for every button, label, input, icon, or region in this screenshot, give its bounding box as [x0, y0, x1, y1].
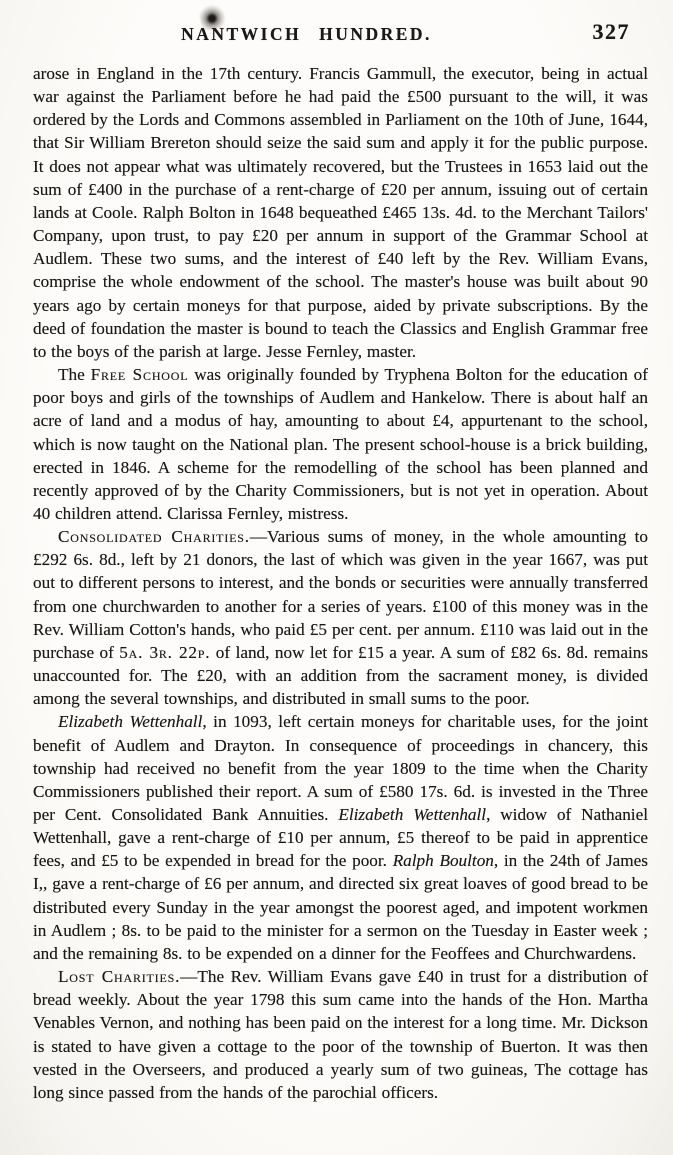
page-body: arose in England in the 17th century. Fr…: [33, 62, 648, 1104]
italic-name: Elizabeth Wettenhall: [338, 805, 486, 824]
paragraph: arose in England in the 17th century. Fr…: [33, 62, 648, 363]
paragraph: Lost Charities.—The Rev. William Evans g…: [33, 965, 648, 1104]
italic-name: Ralph Boulton: [393, 851, 494, 870]
smallcaps-text: 5a. 3r. 22p.: [119, 643, 210, 662]
paragraph: Consolidated Charities.—Various sums of …: [33, 525, 648, 710]
text-run: was originally founded by Tryphena Bolto…: [33, 365, 648, 523]
running-head: NANTWICH HUNDRED. 327: [0, 0, 673, 50]
italic-name: Elizabeth Wettenhall: [58, 712, 202, 731]
text-run: —Various sums of money, in the whole amo…: [33, 527, 648, 662]
smallcaps-text: Lost Charities.: [58, 967, 180, 986]
text-run: arose in England in the 17th century. Fr…: [33, 64, 648, 361]
smallcaps-text: Consolidated Charities.: [58, 527, 250, 546]
paragraph: The Free School was originally founded b…: [33, 363, 648, 525]
paragraph: Elizabeth Wettenhall, in 1093, left cert…: [33, 710, 648, 965]
page-number: 327: [593, 19, 631, 45]
smallcaps-text: Free School: [91, 365, 189, 384]
text-run: The: [58, 365, 91, 384]
page-title: NANTWICH HUNDRED.: [0, 24, 613, 45]
text-run: —The Rev. William Evans gave £40 in trus…: [33, 967, 648, 1102]
book-page: NANTWICH HUNDRED. 327 arose in England i…: [0, 0, 673, 1155]
